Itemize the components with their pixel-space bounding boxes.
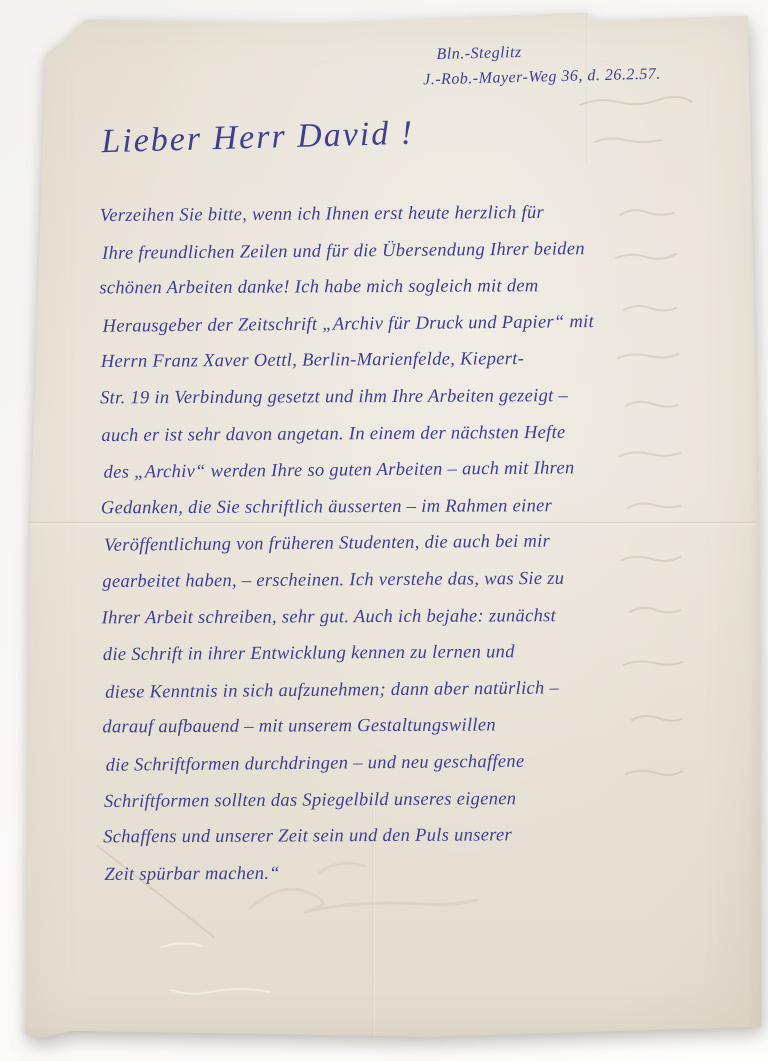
paper-sheet: Bln.-Steglitz J.-Rob.-Mayer-Weg 36, d. 2… xyxy=(20,10,762,1040)
handwriting-line: Ihre freundlichen Zeilen und für die Übe… xyxy=(102,230,702,272)
handwriting-line: gearbeitet haben, – erscheinen. Ich vers… xyxy=(102,560,702,601)
handwriting-line: Herrn Franz Xaver Oettl, Berlin-Marienfe… xyxy=(101,340,701,381)
letter-body: Verzeihen Sie bitte, wenn ich Ihnen erst… xyxy=(100,194,705,893)
handwriting-line: Ihrer Arbeit schreiben, sehr gut. Auch i… xyxy=(102,597,702,637)
photo-backdrop: Bln.-Steglitz J.-Rob.-Mayer-Weg 36, d. 2… xyxy=(0,0,768,1061)
handwriting-line: Gedanken, die Sie schriftlich äusserten … xyxy=(101,487,701,527)
handwriting-line: die Schriftformen durchdringen – und neu… xyxy=(106,742,706,784)
handwriting-line: diese Kenntnis in sich aufzunehmen; dann… xyxy=(105,669,705,711)
handwriting-line: auch er ist sehr davon angetan. In einem… xyxy=(101,413,701,454)
handwriting-line: die Schrift in ihrer Entwicklung kennen … xyxy=(103,633,703,674)
handwriting-line: Herausgeber der Zeitschrift „Archiv für … xyxy=(102,303,702,345)
salutation: Lieber Herr David ! xyxy=(101,115,415,162)
handwriting-line: schönen Arbeiten danke! Ich habe mich so… xyxy=(99,268,699,308)
letter-header: Bln.-Steglitz J.-Rob.-Mayer-Weg 36, d. 2… xyxy=(422,35,723,92)
handwriting-line: Verzeihen Sie bitte, wenn ich Ihnen erst… xyxy=(100,194,700,235)
paper-shadow-wrap: Bln.-Steglitz J.-Rob.-Mayer-Weg 36, d. 2… xyxy=(20,10,762,1040)
handwritten-letter: Bln.-Steglitz J.-Rob.-Mayer-Weg 36, d. 2… xyxy=(16,7,765,1042)
handwriting-line: des „Archiv“ werden Ihre so guten Arbeit… xyxy=(103,449,703,491)
handwriting-line: Str. 19 in Verbindung gesetzt und ihm Ih… xyxy=(100,377,700,417)
handwriting-line: Zeit spürbar machen.“ xyxy=(104,853,704,894)
handwriting-line: Schaffens und unserer Zeit sein und den … xyxy=(103,817,703,857)
handwriting-line: Schriftformen sollten das Spiegelbild un… xyxy=(104,779,704,820)
handwriting-line: darauf aufbauend – mit unserem Gestaltun… xyxy=(102,707,702,747)
handwriting-line: Veröffentlichung von früheren Studenten,… xyxy=(104,522,704,564)
